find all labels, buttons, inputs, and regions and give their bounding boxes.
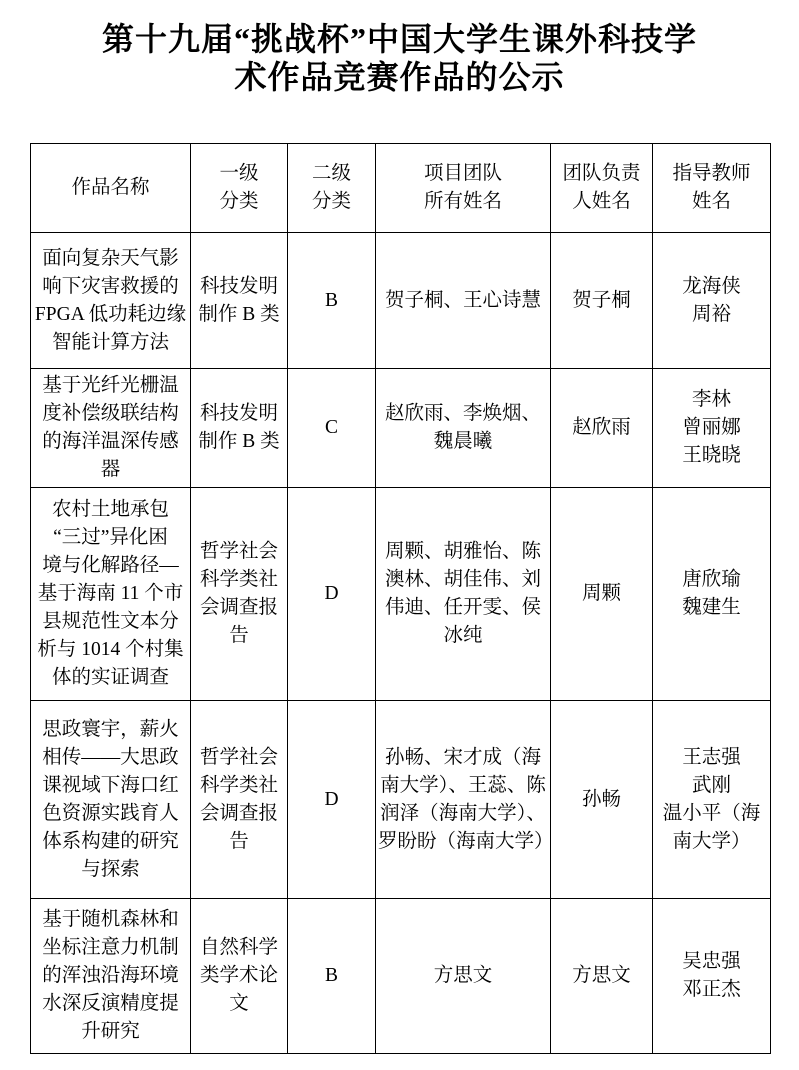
table-row: 农村土地承包 “三过”异化困 境与化解路径— 基于海南 11 个市 县规范性文本… (31, 488, 771, 701)
page-title: 第十九届“挑战杯”中国大学生课外科技学 术作品竞赛作品的公示 (0, 20, 799, 96)
cell-work-name: 思政寰宇，薪火 相传——大思政 课视域下海口红 色资源实践育人 体系构建的研究 … (31, 701, 191, 899)
column-header-level1-category: 一级 分类 (191, 144, 288, 233)
cell-team-members: 周颗、胡雅怡、陈 澳林、胡佳伟、刘 伟迪、任开雯、侯 冰纯 (376, 488, 551, 701)
cell-work-name: 基于光纤光栅温 度补偿级联结构 的海洋温深传感 器 (31, 369, 191, 488)
cell-level2-category: B (288, 899, 376, 1054)
cell-team-members: 方思文 (376, 899, 551, 1054)
column-header-work-name: 作品名称 (31, 144, 191, 233)
column-header-advisors: 指导教师 姓名 (653, 144, 771, 233)
column-header-level2-category: 二级 分类 (288, 144, 376, 233)
table-row: 基于光纤光栅温 度补偿级联结构 的海洋温深传感 器 科技发明 制作 B 类 C … (31, 369, 771, 488)
table-row: 思政寰宇，薪火 相传——大思政 课视域下海口红 色资源实践育人 体系构建的研究 … (31, 701, 771, 899)
cell-level1-category: 自然科学 类学术论 文 (191, 899, 288, 1054)
cell-work-name: 面向复杂天气影 响下灾害救援的 FPGA 低功耗边缘 智能计算方法 (31, 233, 191, 369)
cell-level1-category: 科技发明 制作 B 类 (191, 233, 288, 369)
cell-team-members: 孙畅、宋才成（海 南大学）、王蕊、陈 润泽（海南大学）、 罗盼盼（海南大学） (376, 701, 551, 899)
cell-team-leader: 周颗 (551, 488, 653, 701)
cell-advisors: 王志强 武刚 温小平（海 南大学） (653, 701, 771, 899)
cell-team-leader: 方思文 (551, 899, 653, 1054)
cell-work-name: 基于随机森林和 坐标注意力机制 的浑浊沿海环境 水深反演精度提 升研究 (31, 899, 191, 1054)
cell-level1-category: 科技发明 制作 B 类 (191, 369, 288, 488)
cell-level2-category: D (288, 701, 376, 899)
cell-advisors: 龙海侠 周裕 (653, 233, 771, 369)
table-header-row: 作品名称 一级 分类 二级 分类 项目团队 所有姓名 团队负责 人姓名 指导教师… (31, 144, 771, 233)
cell-level2-category: D (288, 488, 376, 701)
cell-team-leader: 孙畅 (551, 701, 653, 899)
cell-team-members: 赵欣雨、李焕烟、 魏晨曦 (376, 369, 551, 488)
column-header-team-leader: 团队负责 人姓名 (551, 144, 653, 233)
cell-team-leader: 赵欣雨 (551, 369, 653, 488)
column-header-team-members: 项目团队 所有姓名 (376, 144, 551, 233)
cell-advisors: 唐欣瑜 魏建生 (653, 488, 771, 701)
cell-team-leader: 贺子桐 (551, 233, 653, 369)
cell-level1-category: 哲学社会 科学类社 会调查报 告 (191, 701, 288, 899)
cell-work-name: 农村土地承包 “三过”异化困 境与化解路径— 基于海南 11 个市 县规范性文本… (31, 488, 191, 701)
cell-advisors: 吴忠强 邓正杰 (653, 899, 771, 1054)
cell-level1-category: 哲学社会 科学类社 会调查报 告 (191, 488, 288, 701)
table-row: 基于随机森林和 坐标注意力机制 的浑浊沿海环境 水深反演精度提 升研究 自然科学… (31, 899, 771, 1054)
cell-level2-category: B (288, 233, 376, 369)
cell-advisors: 李林 曾丽娜 王晓晓 (653, 369, 771, 488)
cell-team-members: 贺子桐、王心诗慧 (376, 233, 551, 369)
cell-level2-category: C (288, 369, 376, 488)
table-row: 面向复杂天气影 响下灾害救援的 FPGA 低功耗边缘 智能计算方法 科技发明 制… (31, 233, 771, 369)
announcement-page: 第十九届“挑战杯”中国大学生课外科技学 术作品竞赛作品的公示 作品名称 一级 分… (0, 0, 799, 1070)
works-table: 作品名称 一级 分类 二级 分类 项目团队 所有姓名 团队负责 人姓名 指导教师… (30, 143, 771, 1054)
